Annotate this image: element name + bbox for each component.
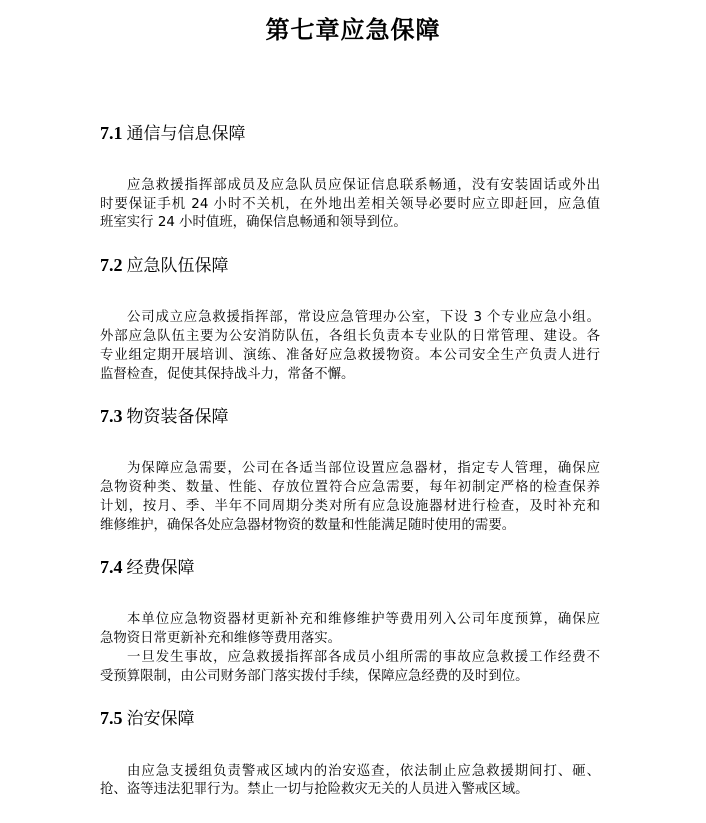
- section-heading-7-5: 7.5治安保障: [100, 704, 195, 729]
- paragraph-line: 班室实行 24 小时值班，确保信息畅通和领导到位。: [100, 214, 600, 232]
- section-title: 应急队伍保障: [127, 256, 229, 276]
- chapter-title: 第七章应急保障: [0, 10, 706, 45]
- section-heading-7-2: 7.2应急队伍保障: [100, 251, 229, 276]
- paragraph-line: 急物资种类、数量、性能、存放位置符合应急需要，每年初制定严格的检查保养: [100, 479, 600, 497]
- paragraph-line: 专业组定期开展培训、演练、准备好应急救援物资。本公司安全生产负责人进行: [100, 347, 600, 365]
- paragraph-line: 计划，按月、季、半年不同周期分类对所有应急设施器材进行检查，及时补充和: [100, 498, 600, 516]
- section-number: 7.4: [100, 557, 123, 577]
- section-heading-7-3: 7.3物资装备保障: [100, 402, 229, 427]
- paragraph-line: 为保障应急需要，公司在各适当部位设置应急器材，指定专人管理，确保应: [127, 460, 600, 478]
- paragraph-line: 外部应急队伍主要为公安消防队伍，各组长负责本专业队的日常管理、建设。各: [100, 328, 600, 346]
- section-heading-7-1: 7.1通信与信息保障: [100, 119, 246, 144]
- paragraph-line: 抢、盗等违法犯罪行为。禁止一切与抢险救灾无关的人员进入警戒区域。: [100, 781, 600, 799]
- paragraph-line: 受预算限制，由公司财务部门落实拨付手续，保障应急经费的及时到位。: [100, 668, 600, 686]
- section-number: 7.5: [100, 708, 123, 728]
- paragraph-line: 公司成立应急救援指挥部，常设应急管理办公室，下设 3 个专业应急小组。: [127, 309, 600, 327]
- section-title: 通信与信息保障: [127, 124, 246, 144]
- paragraph-line: 应急救援指挥部成员及应急队员应保证信息联系畅通，没有安装固话或外出: [127, 177, 600, 195]
- paragraph-line: 一旦发生事故，应急救援指挥部各成员小组所需的事故应急救援工作经费不: [127, 649, 600, 667]
- paragraph-line: 本单位应急物资器材更新补充和维修维护等费用列入公司年度预算，确保应: [127, 611, 600, 629]
- section-heading-7-4: 7.4经费保障: [100, 553, 195, 578]
- section-number: 7.2: [100, 255, 123, 275]
- paragraph-line: 由应急支援组负责警戒区域内的治安巡查，依法制止应急救援期间打、砸、: [127, 763, 600, 781]
- section-title: 物资装备保障: [127, 407, 229, 427]
- section-number: 7.3: [100, 406, 123, 426]
- paragraph-line: 监督检查，促使其保持战斗力，常备不懈。: [100, 366, 600, 384]
- section-number: 7.1: [100, 123, 123, 143]
- paragraph-line: 时要保证手机 24 小时不关机，在外地出差相关领导必要时应立即赶回，应急值: [100, 196, 600, 214]
- section-title: 治安保障: [127, 709, 195, 729]
- paragraph-line: 维修维护，确保各处应急器材物资的数量和性能满足随时使用的需要。: [100, 517, 600, 535]
- paragraph-line: 急物资日常更新补充和维修等费用落实。: [100, 630, 600, 648]
- section-title: 经费保障: [127, 558, 195, 578]
